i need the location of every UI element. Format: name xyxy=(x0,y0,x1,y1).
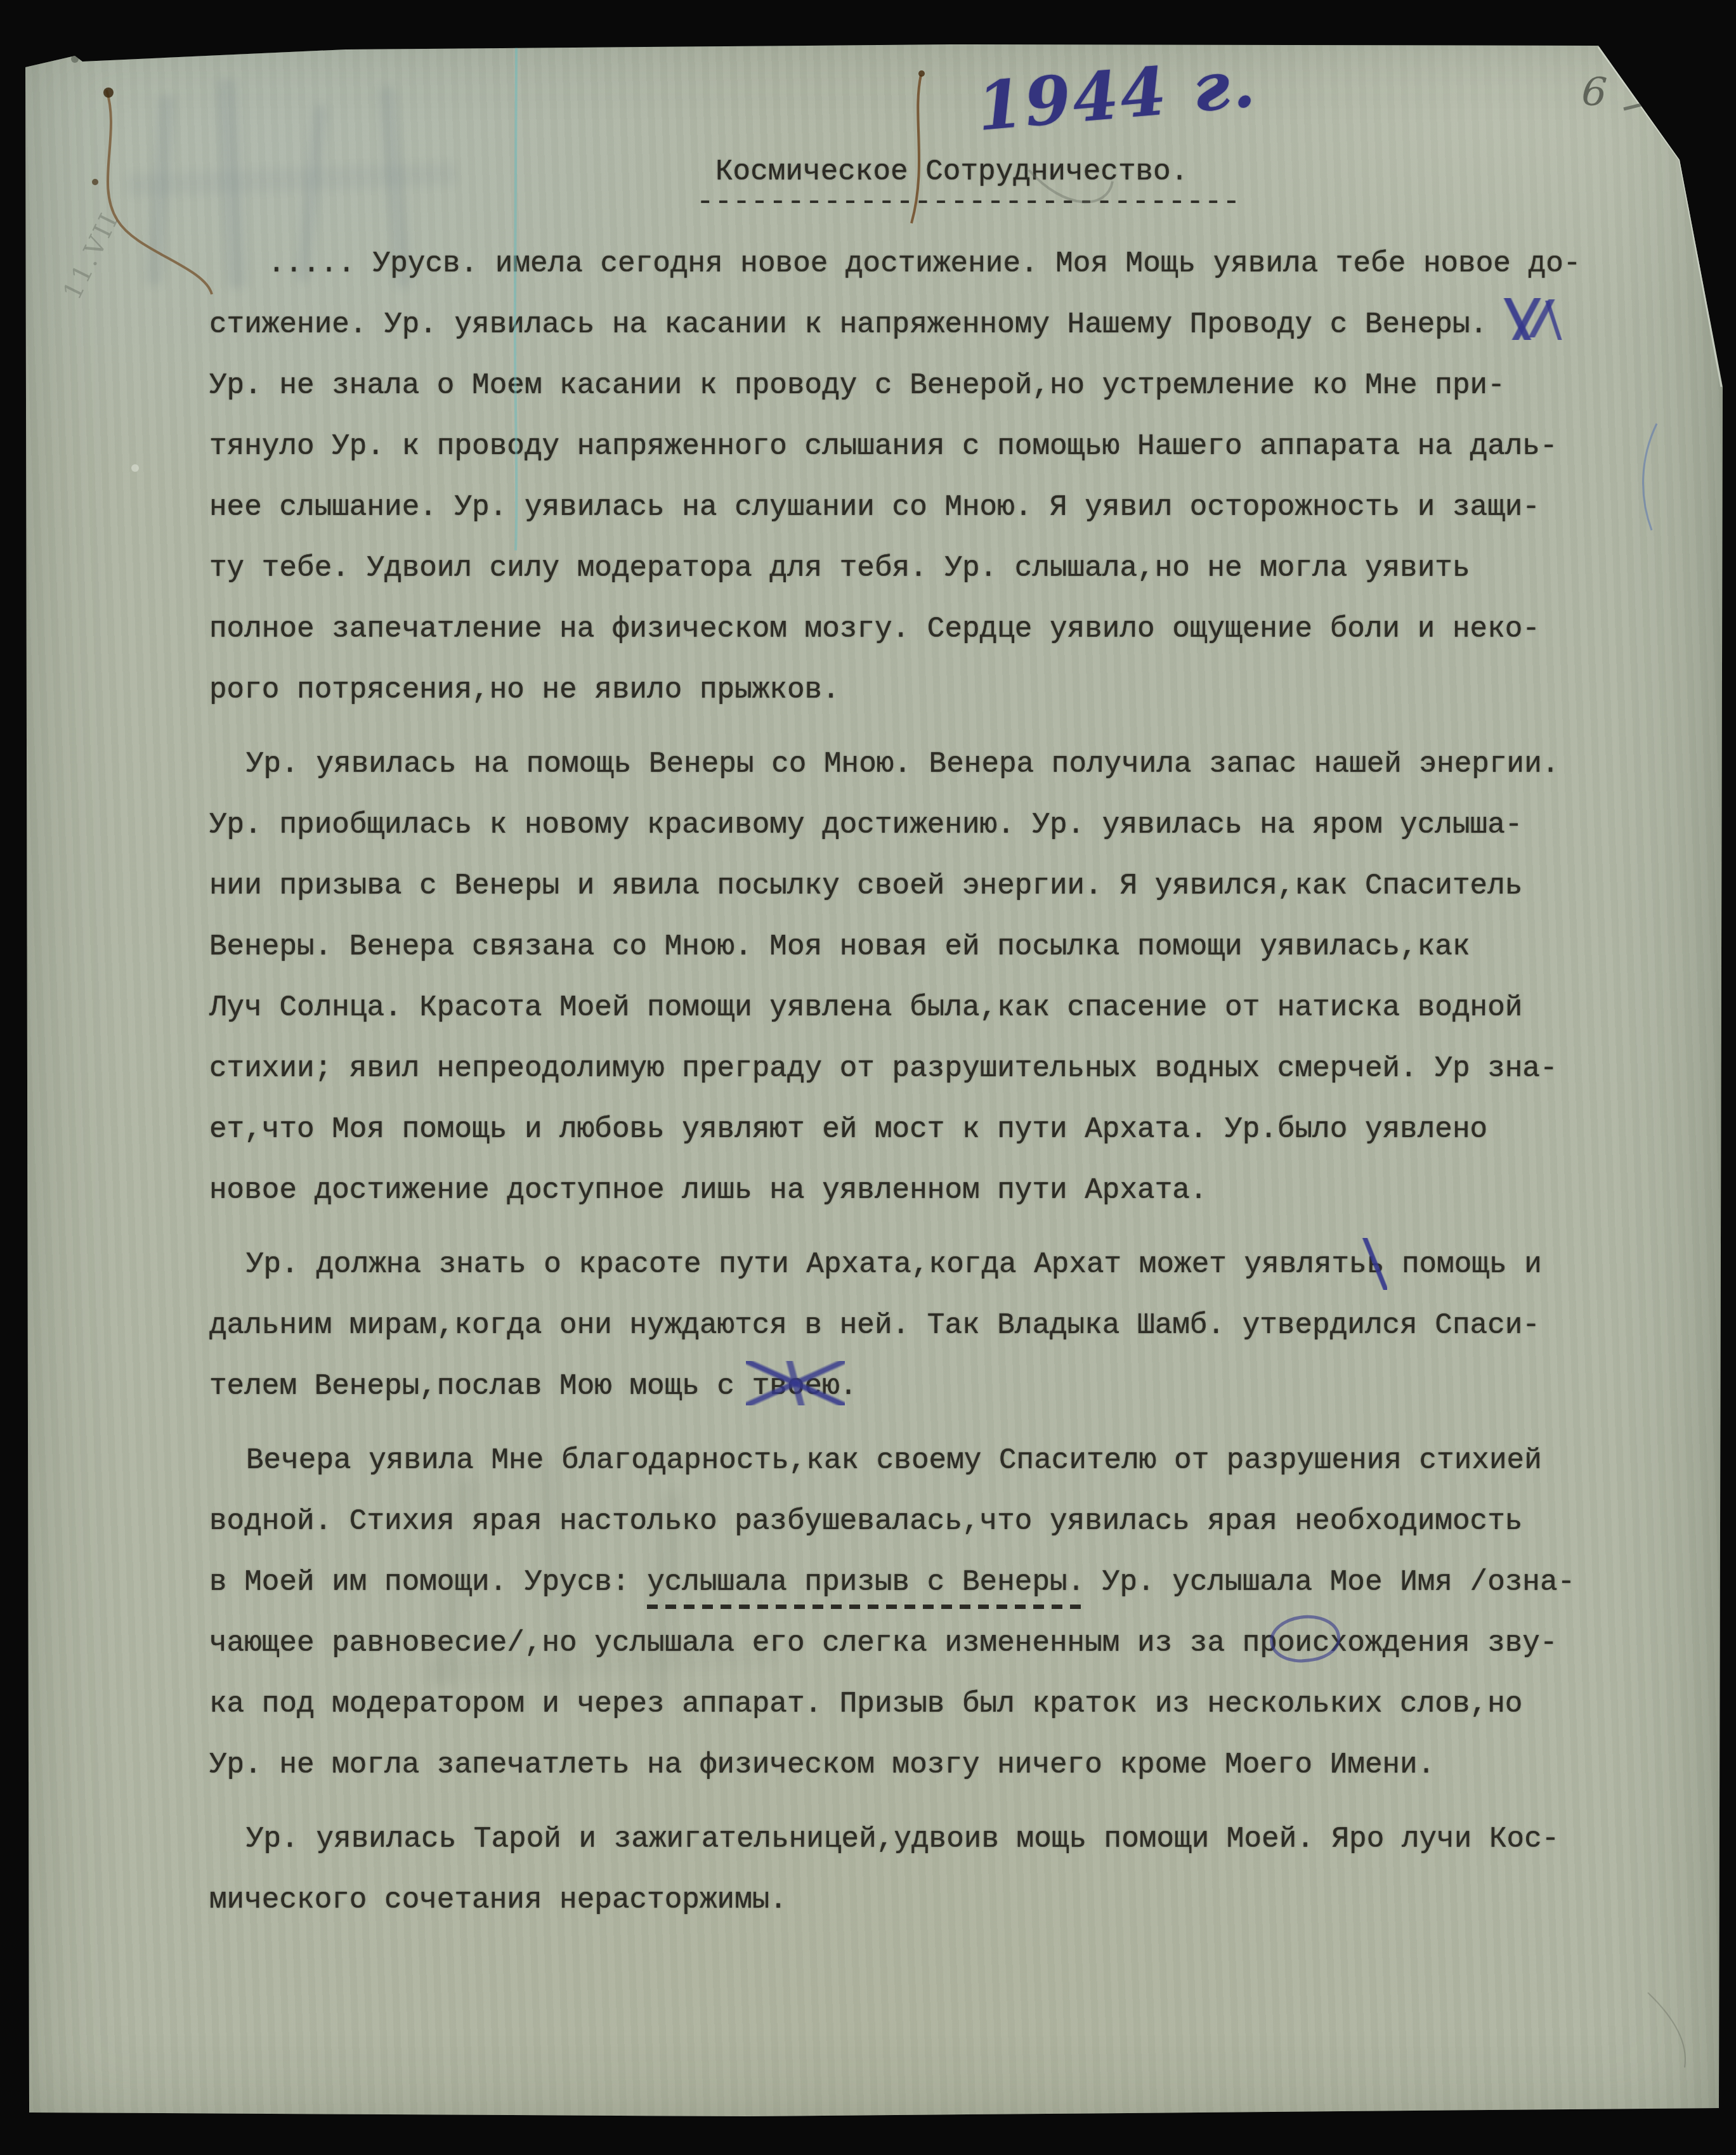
ink-circled: оис xyxy=(1277,1627,1330,1660)
typed-line: ту тебе. Удвоил силу модератора для тебя… xyxy=(209,538,1592,599)
ink-slashed: ь xyxy=(1367,1248,1385,1281)
typed-line: Луч Солнца. Красота Моей помощи уявлена … xyxy=(209,977,1592,1038)
typed-text: Ур. не знала о Моем касании к проводу с … xyxy=(209,369,1505,402)
typed-line: ка под модератором и через аппарат. Приз… xyxy=(209,1674,1592,1735)
typed-text: водной. Стихия ярая настолько разбушевал… xyxy=(209,1505,1522,1538)
typed-line: Ур. не знала о Моем касании к проводу с … xyxy=(209,355,1592,416)
typed-line: ет,что Моя помощь и любовь уявляют ей мо… xyxy=(209,1099,1592,1160)
typed-line: Ур. не могла запечатлеть на физическом м… xyxy=(209,1735,1592,1795)
title-dashed-underline: ------------------------------ xyxy=(696,183,1241,222)
typed-line: полное запечатление на физическом мозгу.… xyxy=(209,599,1592,660)
typed-text: ту тебе. Удвоил силу модератора для тебя… xyxy=(209,552,1470,585)
typed-text: Ур. уявилась Тарой и зажигательницей,удв… xyxy=(246,1823,1559,1856)
typed-text: нее слышание. Ур. уявилась на слушании с… xyxy=(209,491,1540,524)
dash-underline: услышала призыв с Венеры. xyxy=(647,1566,1085,1609)
typed-text: Ур. не могла запечатлеть на физическом м… xyxy=(209,1748,1435,1781)
typed-line: Ур. уявилась Тарой и зажигательницей,удв… xyxy=(209,1809,1592,1870)
typed-line: тянуло Ур. к проводу напряженного слышан… xyxy=(209,416,1592,477)
blue-margin-curve xyxy=(1643,424,1657,530)
typed-text: ет,что Моя помощь и любовь уявляют ей мо… xyxy=(209,1113,1487,1146)
typed-line: водной. Стихия ярая настолько разбушевал… xyxy=(209,1491,1592,1552)
typed-text: рого потрясения,но не явило прыжков. xyxy=(209,674,840,706)
typed-line: дальним мирам,когда они нуждаются в ней.… xyxy=(209,1295,1592,1356)
page-number-pencil: 6 xyxy=(1581,68,1609,116)
rust-stain-dot xyxy=(918,70,925,77)
typed-text: Ур. уявилась на помощь Венеры со Мною. В… xyxy=(246,748,1559,781)
page-number-underline xyxy=(1624,100,1659,109)
handwritten-date: 1944 г. xyxy=(974,44,1259,146)
ink-crossed: твоею xyxy=(752,1370,840,1403)
typed-text: полное запечатление на физическом мозгу.… xyxy=(209,613,1540,646)
typed-text: Венеры. Венера связана со Мною. Моя нова… xyxy=(209,930,1470,963)
scan-background: 1944 г. 6 11.VII Космическое Сотрудничес… xyxy=(0,0,1736,2155)
typed-text: Ур. приобщилась к новому красивому дости… xyxy=(209,809,1522,842)
typed-text: ка под модератором и через аппарат. Приз… xyxy=(209,1688,1522,1721)
typed-line: мического сочетания нерасторжимы. xyxy=(209,1870,1592,1930)
typed-line: нее слышание. Ур. уявилась на слушании с… xyxy=(209,477,1592,538)
typed-text: ..... Урусв. имела сегодня новое достиже… xyxy=(268,247,1581,280)
ink-scribble xyxy=(1498,298,1569,340)
typed-line: телем Венеры,послав Мою мощь с твоею. xyxy=(209,1356,1592,1417)
typed-line: рого потрясения,но не явило прыжков. xyxy=(209,660,1592,720)
typed-text: мического сочетания нерасторжимы. xyxy=(209,1884,787,1917)
typed-text: помощь и xyxy=(1384,1248,1541,1281)
typed-text: Ур. должна знать о красоте пути Архата,к… xyxy=(246,1248,1367,1281)
typed-line: Ур. должна знать о красоте пути Архата,к… xyxy=(209,1234,1592,1295)
paper-flaw xyxy=(71,55,79,63)
typed-text: стихии; явил непреодолимую преграду от р… xyxy=(209,1052,1558,1085)
typed-line: стижение. Ур. уявилась на касании к напр… xyxy=(209,294,1592,355)
rust-stain-dot xyxy=(92,179,98,185)
typed-text: Вечера уявила Мне благодарность,как свое… xyxy=(246,1444,1542,1477)
typed-line: стихии; явил непреодолимую преграду от р… xyxy=(209,1038,1592,1099)
typed-text: нии призыва с Венеры и явила посылку сво… xyxy=(209,869,1522,902)
typed-text: в Моей им помощи. Урусв: xyxy=(209,1566,647,1599)
torn-corner-edge xyxy=(1598,47,1721,387)
typed-text: Луч Солнца. Красота Моей помощи уявлена … xyxy=(209,991,1522,1024)
typed-line: ..... Урусв. имела сегодня новое достиже… xyxy=(209,233,1592,294)
typed-line: Венеры. Венера связана со Мною. Моя нова… xyxy=(209,916,1592,977)
typed-text: дальним мирам,когда они нуждаются в ней.… xyxy=(209,1309,1540,1342)
typed-lines: ..... Урусв. имела сегодня новое достиже… xyxy=(209,233,1592,1930)
paper-sheet: 1944 г. 6 11.VII Космическое Сотрудничес… xyxy=(0,0,1736,2155)
typed-line: Вечера уявила Мне благодарность,как свое… xyxy=(209,1430,1592,1491)
typed-line: Ур. приобщилась к новому красивому дости… xyxy=(209,795,1592,856)
rust-stain-dot xyxy=(103,88,114,98)
typed-line: чающее равновесие/,но услышала его слегк… xyxy=(209,1613,1592,1674)
typed-text: тянуло Ур. к проводу напряженного слышан… xyxy=(209,430,1558,463)
typed-text: новое достижение доступное лишь на уявле… xyxy=(209,1174,1207,1207)
typed-line: Ур. уявилась на помощь Венеры со Мною. В… xyxy=(209,734,1592,795)
typed-line: в Моей им помощи. Урусв: услышала призыв… xyxy=(209,1552,1592,1613)
typed-line: нии призыва с Венеры и явила посылку сво… xyxy=(209,856,1592,916)
typed-line: новое достижение доступное лишь на уявле… xyxy=(209,1160,1592,1221)
paper-crease xyxy=(1648,1993,1685,2067)
typed-text: хождения зву- xyxy=(1330,1627,1558,1660)
typed-text: Ур. услышала Мое Имя /озна- xyxy=(1085,1566,1575,1599)
typed-text: телем Венеры,послав Мою мощь с xyxy=(209,1370,752,1403)
ghost-mark xyxy=(127,162,457,197)
typed-text: чающее равновесие/,но услышала его слегк… xyxy=(209,1627,1277,1660)
paper-flaw xyxy=(131,464,139,472)
typed-text: стижение. Ур. уявилась на касании к напр… xyxy=(209,308,1487,341)
